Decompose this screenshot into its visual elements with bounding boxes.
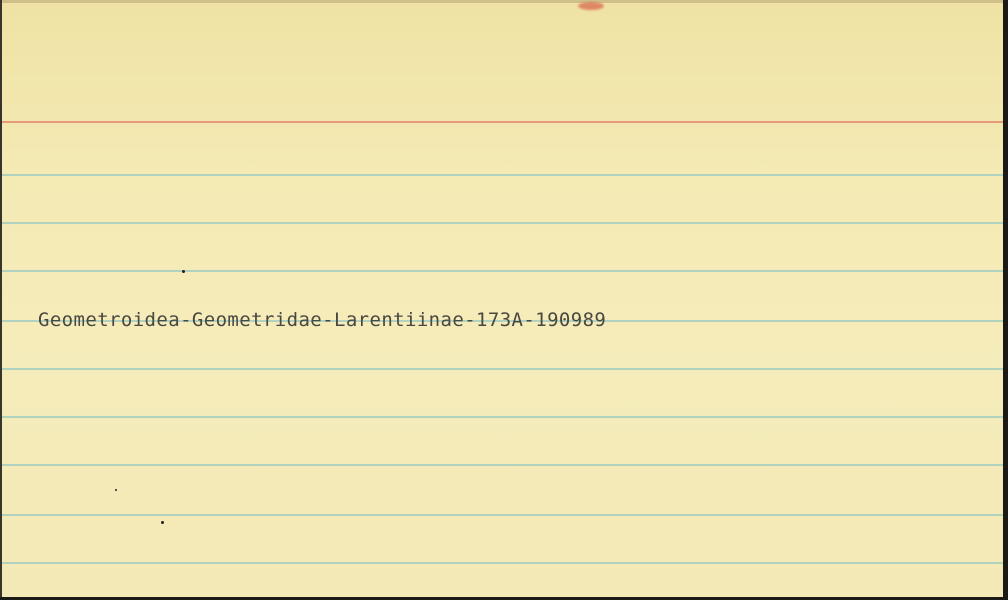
ruled-line [0,222,1003,224]
card-left-edge [0,0,2,597]
ruled-line [0,368,1003,370]
typed-catalog-entry: Geometroidea-Geometridae-Larentiinae-173… [38,309,606,331]
index-card: Geometroidea-Geometridae-Larentiinae-173… [0,0,1003,597]
card-top-edge [0,0,1003,3]
ink-speck [161,521,164,524]
ruled-line [0,416,1003,418]
ink-speck [115,489,117,491]
ruled-line [0,464,1003,466]
ruled-line [0,270,1003,272]
ruled-line [0,174,1003,176]
header-rule [0,121,1003,123]
ruled-line [0,562,1003,564]
red-ink-mark [578,2,604,10]
ruled-line [0,514,1003,516]
ink-speck [182,270,185,273]
scan-border-right [1003,0,1008,600]
